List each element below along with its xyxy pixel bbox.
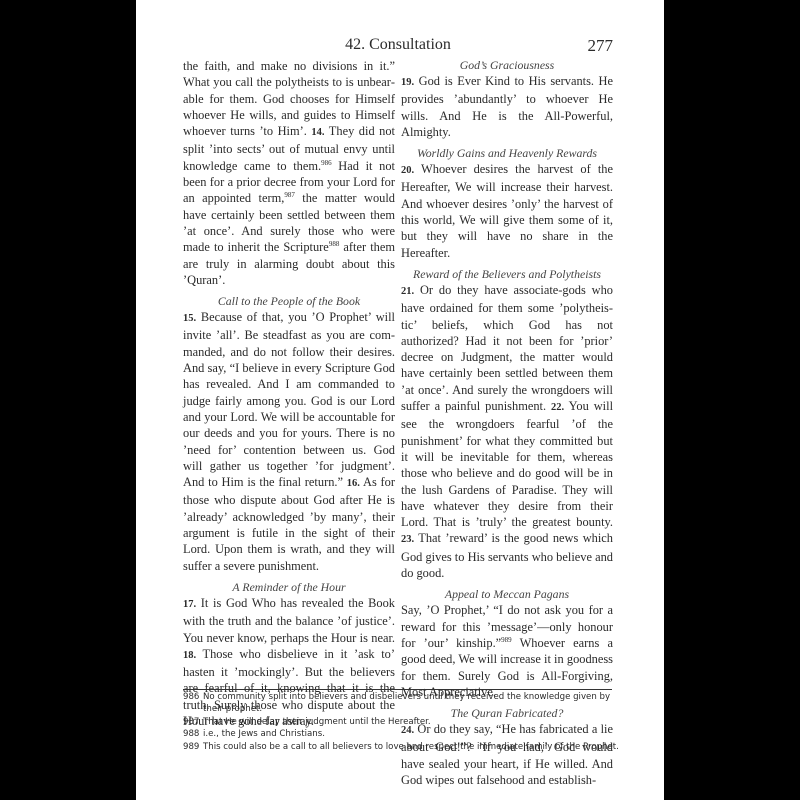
footnote-number: 986	[183, 691, 203, 716]
footnote-text: This could also be a call to all believe…	[203, 741, 623, 753]
verse-number: 16.	[347, 478, 360, 489]
footnote-text: i.e., the Jews and Christians.	[203, 728, 623, 740]
verse-number: 20.	[401, 165, 414, 176]
footnote: 986 No community split into believers an…	[183, 691, 623, 716]
page-number: 277	[588, 36, 614, 56]
verse-text: You will see the wrongdoers fearful ’of …	[401, 399, 613, 529]
verse-number: 18.	[183, 650, 196, 661]
footnote-text: That He will delay their judgment until …	[203, 716, 623, 728]
footnote-ref[interactable]: 986	[321, 159, 332, 167]
footnote-number: 988	[183, 728, 203, 740]
section-heading: Reward of the Believers and Polytheists	[401, 267, 613, 282]
verse-number: 14.	[311, 127, 324, 138]
verse-number: 23.	[401, 534, 414, 545]
book-page: 42. Consultation 277 the faith, and make…	[136, 0, 664, 800]
footnote: 988 i.e., the Jews and Christians.	[183, 728, 623, 740]
section-heading: God’s Graciousness	[401, 58, 613, 73]
footnote-text: No community split into believers and di…	[203, 691, 623, 716]
verse-text: Because of that, you ’O Prophet’ will in…	[183, 310, 395, 489]
footnote: 989 This could also be a call to all bel…	[183, 741, 623, 753]
running-header: 42. Consultation 277	[183, 34, 613, 58]
footnote-divider	[183, 689, 612, 690]
verse-text: As for those who dispute about God after…	[183, 475, 395, 572]
verse-number: 21.	[401, 286, 414, 297]
footnote-number: 989	[183, 741, 203, 753]
verse-number: 17.	[183, 599, 196, 610]
verse-number: 15.	[183, 313, 196, 324]
verse-number: 19.	[401, 77, 414, 88]
footnote-ref[interactable]: 988	[329, 240, 340, 248]
paragraph: 21. Or do they have associate-gods who h…	[401, 282, 613, 581]
paragraph: the faith, and make no divisions in it.”…	[183, 58, 395, 288]
section-heading: A Reminder of the Hour	[183, 580, 395, 595]
footnotes: 986 No community split into believers an…	[183, 691, 623, 753]
right-column: God’s Graciousness 19. God is Ever Kind …	[401, 58, 613, 788]
paragraph: 19. God is Ever Kind to His servants. He…	[401, 73, 613, 140]
verse-text: Or do they have associate-gods who have …	[401, 283, 613, 413]
paragraph: 15. Because of that, you ’O Prophet’ wil…	[183, 309, 395, 574]
footnote-number: 987	[183, 716, 203, 728]
left-column: the faith, and make no divisions in it.”…	[183, 58, 395, 729]
verse-text: God is Ever Kind to His servants. He pro…	[401, 74, 613, 139]
footnote-ref[interactable]: 989	[501, 636, 512, 644]
paragraph: 20. Whoever desires the harvest of the H…	[401, 161, 613, 261]
paragraph: Say, ’O Prophet,’ “I do not ask you for …	[401, 602, 613, 700]
footnote: 987 That He will delay their judgment un…	[183, 716, 623, 728]
chapter-title: 42. Consultation	[183, 36, 613, 54]
section-heading: Appeal to Meccan Pagans	[401, 587, 613, 602]
verse-text: Whoever desires the harvest of the Herea…	[401, 162, 613, 259]
footnote-ref[interactable]: 987	[284, 191, 295, 199]
verse-text: That ’reward’ is the good news which God…	[401, 531, 613, 580]
verse-number: 22.	[551, 402, 564, 413]
section-heading: Call to the People of the Book	[183, 294, 395, 309]
verse-text: It is God Who has revealed the Book with…	[183, 596, 395, 645]
section-heading: Worldly Gains and Heavenly Rewards	[401, 146, 613, 161]
